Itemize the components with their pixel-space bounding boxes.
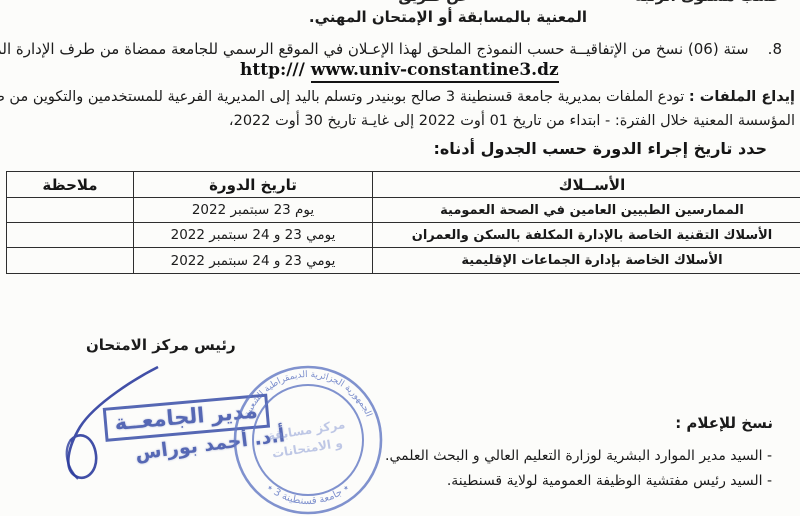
deposit-paragraph-line2: المؤسسة المعنية خلال الفترة: - ابتداء من… xyxy=(229,113,795,129)
copies-heading: نسخ للإعلام : xyxy=(675,414,773,432)
deposit-line1-rest: تودع الملفات بمديرية جامعة قسنطينة 3 صال… xyxy=(0,89,689,105)
clipped-text-fragment: حسب مستوى الرتبة xyxy=(635,0,782,5)
schedule-intro-line: حدد تاريخ إجراء الدورة حسب الجدول أدناه: xyxy=(433,139,767,158)
table-cell-corps: الأسلاك التقنية الخاصة بالإدارة المكلفة … xyxy=(373,223,800,248)
list-item-8: 8. ستة (06) نسخ من الإتفاقيــة حسب النمو… xyxy=(0,40,782,58)
copies-item: - السيد رئيس مفتشية الوظيفة العمومية لول… xyxy=(447,473,772,489)
table-row: الممارسين الطبيين العامين في الصحة العمو… xyxy=(7,198,800,223)
scanned-document-page: حسب مستوى الرتبة عن طريق المعنية بالمساب… xyxy=(0,0,800,516)
table-row: الأسلاك التقنية الخاصة بالإدارة المكلفة … xyxy=(7,223,800,248)
table-header-row: الأســلاك تاريخ الدورة ملاحظة xyxy=(7,172,800,198)
round-stamp-ring-top-text: الجمهورية الجزائرية الديمقراطية الشعبية xyxy=(243,370,374,418)
table-header-corps: الأســلاك xyxy=(373,172,800,198)
table-cell-corps: الأسلاك الخاصة بإدارة الجماعات الإقليمية xyxy=(373,248,800,274)
table-cell-date: يوم 23 سبتمبر 2022 xyxy=(134,198,373,223)
table-cell-date: يومي 23 و 24 سبتمبر 2022 xyxy=(134,223,373,248)
website-url: http:/// www.univ-constantine3.dz xyxy=(240,60,540,80)
deposit-lead: إيداع الملفات : xyxy=(689,89,795,105)
exam-center-head-title: رئيس مركز الامتحان xyxy=(86,336,236,354)
table-cell-note xyxy=(7,223,134,248)
clipped-text-fragment: عن طريق xyxy=(398,0,470,5)
exam-schedule-table: الأســلاك تاريخ الدورة ملاحظة الممارسين … xyxy=(6,171,800,274)
deposit-paragraph-line1: إيداع الملفات : تودع الملفات بمديرية جام… xyxy=(0,89,795,105)
table-cell-corps: الممارسين الطبيين العامين في الصحة العمو… xyxy=(373,198,800,223)
url-prefix: http:/// xyxy=(240,60,305,80)
url-domain: www.univ-constantine3.dz xyxy=(311,60,559,83)
table-row: الأسلاك الخاصة بإدارة الجماعات الإقليمية… xyxy=(7,248,800,274)
university-round-stamp: الجمهورية الجزائرية الديمقراطية الشعبية … xyxy=(228,362,388,516)
continuation-line: المعنية بالمسابقة أو الإمتحان المهني. xyxy=(309,8,587,26)
table-cell-note xyxy=(7,198,134,223)
svg-text:الجمهورية الجزائرية الديمقراطي: الجمهورية الجزائرية الديمقراطية الشعبية xyxy=(243,370,374,418)
table-cell-note xyxy=(7,248,134,274)
table-cell-date: يومي 23 و 24 سبتمبر 2022 xyxy=(134,248,373,274)
table-header-date: تاريخ الدورة xyxy=(134,172,373,198)
table-header-note: ملاحظة xyxy=(7,172,134,198)
copies-item: - السيد مدير الموارد البشرية لوزارة التع… xyxy=(385,448,772,464)
